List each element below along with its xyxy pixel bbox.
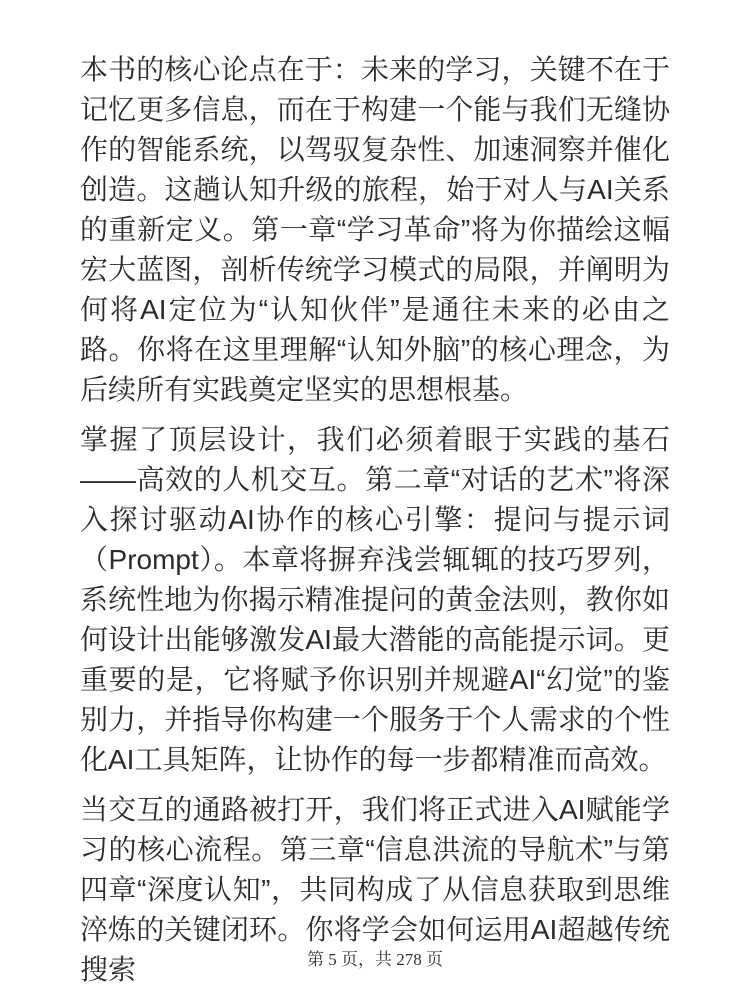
body-paragraph-1: 本书的核心论点在于：未来的学习，关键不在于记忆更多信息，而在于构建一个能与我们无… — [80, 50, 670, 410]
body-paragraph-2: 掌握了顶层设计，我们必须着眼于实践的基石——高效的人机交互。第二章“对话的艺术”… — [80, 420, 670, 780]
page-number-footer: 第 5 页，共 278 页 — [0, 945, 750, 970]
page-body: 本书的核心论点在于：未来的学习，关键不在于记忆更多信息，而在于构建一个能与我们无… — [80, 50, 670, 990]
document-page: 本书的核心论点在于：未来的学习，关键不在于记忆更多信息，而在于构建一个能与我们无… — [0, 0, 750, 1000]
